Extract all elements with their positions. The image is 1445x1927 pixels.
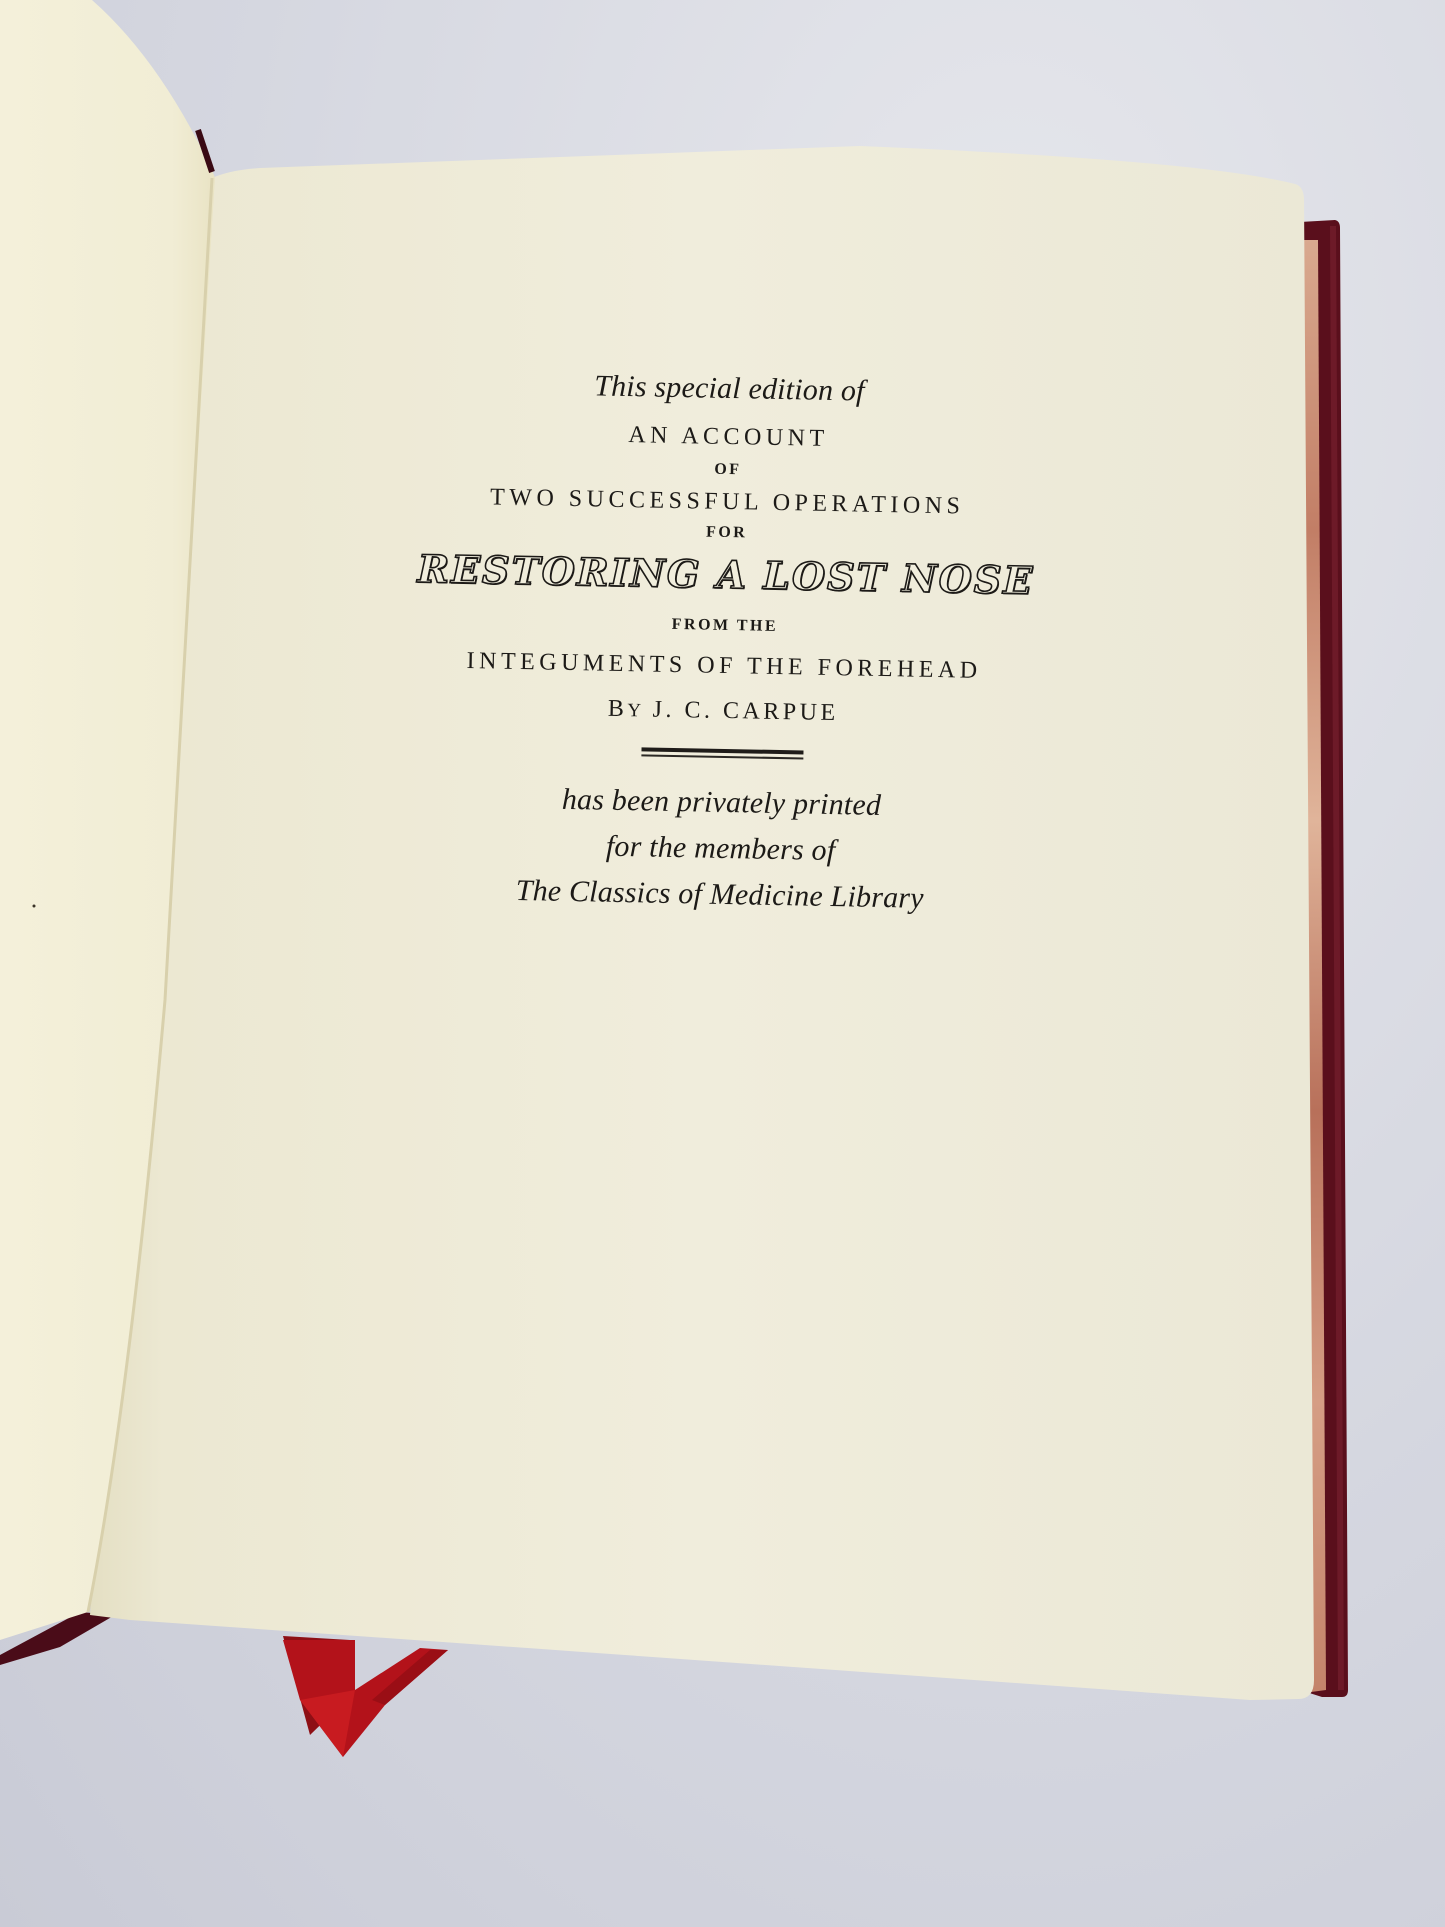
statement-line-1: has been privately printed <box>371 779 1072 826</box>
limitation-notice: This special edition of AN ACCOUNT OF TW… <box>369 353 1079 918</box>
book-photo: This special edition of AN ACCOUNT OF TW… <box>0 0 1445 1927</box>
byline-author: J. C. CARPUE <box>652 697 839 727</box>
statement-line-2: for the members of <box>370 825 1071 872</box>
display-title: RESTORING A LOST NOSE <box>376 545 1077 603</box>
open-book-illustration <box>0 0 1445 1927</box>
rule-thin <box>641 754 803 759</box>
double-rule-divider <box>641 747 803 759</box>
title-integuments: INTEGUMENTS OF THE FOREHEAD <box>374 646 1074 686</box>
byline-initial: B <box>608 696 628 722</box>
title-two-successful-operations: TWO SUCCESSFUL OPERATIONS <box>377 482 1077 522</box>
byline-prefix: Y <box>627 700 643 721</box>
ribbon-bookmark-icon <box>283 1636 448 1757</box>
title-an-account: AN ACCOUNT <box>378 417 1078 457</box>
title-of: OF <box>378 454 1078 485</box>
title-for: FOR <box>377 517 1077 548</box>
rule-thick <box>641 747 803 754</box>
intro-line: This special edition of <box>379 365 1080 412</box>
byline: BY J. C. CARPUE <box>373 691 1073 731</box>
title-from-the: FROM THE <box>375 610 1075 641</box>
